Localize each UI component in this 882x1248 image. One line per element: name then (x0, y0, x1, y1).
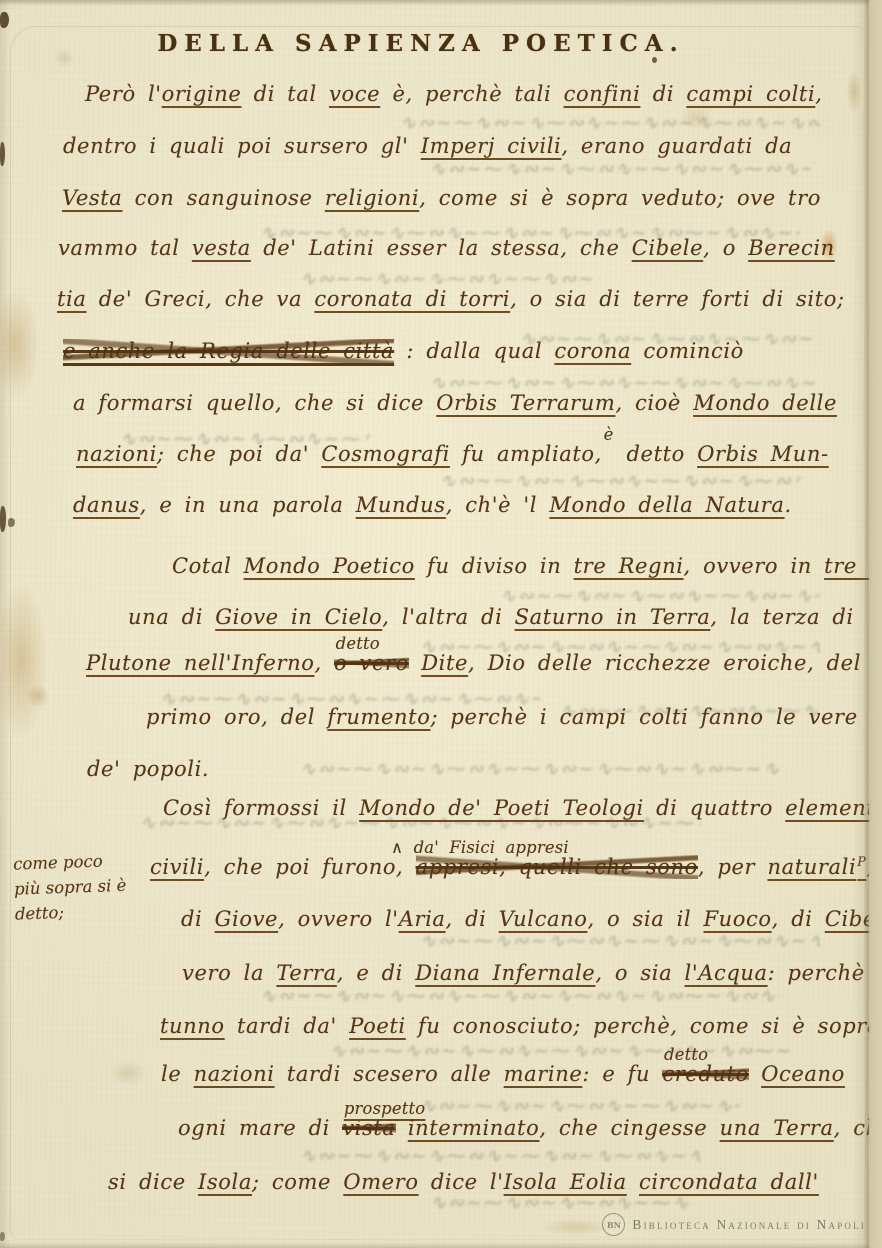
text-segment: , o sia di terre forti di sito; (510, 287, 845, 311)
underlined-text: Isola Eolia (504, 1170, 627, 1194)
manuscript-line: primo oro, del frumento; perchè i campi … (146, 705, 882, 729)
text-segment: di (181, 907, 215, 931)
inserted-word: ∧ da' Fisici appresi (391, 838, 569, 857)
manuscript-line: si dice Isola; come Omero dice l'Isola E… (108, 1170, 819, 1194)
text-segment: , Dio delle ricchezze eroiche, del (468, 651, 861, 675)
underlined-text: Terra (276, 961, 336, 985)
manuscript-text: Però l'origine di tal voce è, perchè tal… (0, 0, 882, 1248)
text-segment: . (785, 493, 792, 517)
underlined-text: Berecin (748, 236, 835, 260)
text-segment: , che cingesse (539, 1116, 719, 1140)
underlined-text: Omero (343, 1170, 418, 1194)
text-segment: , ovvero in (684, 554, 825, 578)
underlined-text: Cibele (632, 236, 703, 260)
underlined-text: Giove in Cielo (215, 605, 382, 629)
underlined-text: Aria (399, 907, 446, 931)
underlined-text: Giove (215, 907, 278, 931)
underlined-text: Vulcano (499, 907, 588, 931)
underlined-text: circondata dall' (639, 1170, 819, 1194)
underlined-text: l'Acqua (685, 961, 768, 985)
manuscript-line: a formarsi quello, che si dice Orbis Ter… (73, 391, 837, 415)
underlined-text: corona (554, 339, 631, 363)
text-segment (396, 1116, 408, 1140)
text-segment: si dice (108, 1170, 198, 1194)
underlined-text: Mundus (356, 493, 446, 517)
manuscript-line: dentro i quali poi sursero gl' Imperj ci… (63, 134, 792, 158)
text-segment: dentro i quali poi sursero gl' (63, 134, 421, 158)
text-segment: fu conosciuto; perchè, come si è soprade… (406, 1014, 882, 1038)
margin-note: come poco più sopra si è detto; (13, 847, 165, 926)
underlined-text: tunno (160, 1014, 225, 1038)
text-segment: , di (446, 907, 499, 931)
manuscript-line: nazioni; che poi da' Cosmografi fu ampli… (76, 442, 829, 466)
text-segment: , l'altra di (382, 605, 514, 629)
underlined-text: Fuoco (704, 907, 772, 931)
text-segment: tardi scesero alle (275, 1062, 504, 1086)
text-segment: , o sia il (587, 907, 703, 931)
manuscript-line: tia de' Greci, che va coronata di torri,… (57, 287, 845, 311)
manuscript-line: vero la Terra, e di Diana Infernale, o s… (182, 961, 882, 985)
manuscript-line: Però l'origine di tal voce è, perchè tal… (85, 82, 823, 106)
underlined-text: Saturno in Terra (515, 605, 711, 629)
underlined-text: Cosmografi (321, 442, 450, 466)
text-segment: , ch'è 'l (446, 493, 550, 517)
text-segment: , di (772, 907, 825, 931)
manuscript-line: civili, che poi furono, appresi, quelli … (150, 854, 882, 879)
manuscript-line: e anche la Regia delle città : dalla qua… (63, 339, 744, 363)
underlined-text: nazioni (194, 1062, 275, 1086)
text-segment: , o (703, 236, 748, 260)
text-segment (749, 1062, 761, 1086)
underlined-text: Vesta (62, 186, 122, 210)
text-segment: Così formossi il (163, 796, 359, 820)
text-segment: Cotal (172, 554, 244, 578)
underlined-text: confini (564, 82, 641, 106)
inserted-word: detto (336, 634, 380, 653)
text-segment: a formarsi quello, che si dice (73, 391, 436, 415)
text-segment: con sanguinose (122, 186, 324, 210)
text-segment: , la terza di (710, 605, 853, 629)
manuscript-line: danus, e in una parola Mundus, ch'è 'l M… (73, 493, 792, 517)
text-segment: dice l' (419, 1170, 504, 1194)
text-segment: , per (698, 855, 768, 879)
inserted-word: detto (664, 1045, 708, 1064)
text-segment (409, 651, 421, 675)
underlined-text: Imperj civili (421, 134, 562, 158)
struck-text: appresi, quelli che sono∧ da' Fisici app… (416, 855, 698, 879)
text-segment: Però l' (85, 82, 162, 106)
underlined-text: Orbis Terrarum (436, 391, 615, 415)
underlined-text: Plutone nell'Inferno (86, 651, 314, 675)
underlined-text: tre regioni (824, 554, 882, 578)
text-segment: tardi da' (225, 1014, 350, 1038)
underlined-text: religioni (325, 186, 419, 210)
text-segment (627, 1170, 639, 1194)
underlined-text: tre Regni (574, 554, 684, 578)
text-segment: ogni mare di (178, 1116, 342, 1140)
underlined-text: nazioni (76, 442, 157, 466)
underlined-text: coronata di torri (314, 287, 510, 311)
underlined-text: frumento (327, 705, 430, 729)
struck-text: vistaprospetto (342, 1116, 395, 1140)
underlined-text: vesta (192, 236, 251, 260)
text-segment: una di (128, 605, 215, 629)
underlined-text: interminato (408, 1116, 540, 1140)
struck-text: credutodetto (662, 1062, 748, 1086)
manuscript-line: Cotal Mondo Poetico fu diviso in tre Reg… (172, 554, 882, 578)
manuscript-line: de' popoli. (87, 757, 209, 781)
text-segment: : dalla qual (394, 339, 554, 363)
underlined-text: Isola (198, 1170, 252, 1194)
underlined-text: marine (504, 1062, 583, 1086)
underlined-text: Oceano (761, 1062, 845, 1086)
text-segment: fu ampliato, (450, 442, 602, 466)
text-segment: di tal (241, 82, 329, 106)
text-segment: , e in una parola (140, 493, 356, 517)
library-watermark: BN Biblioteca Nazionale di Napoli (602, 1213, 866, 1236)
text-segment: , ovvero l' (278, 907, 399, 931)
inserted-word: è (604, 425, 614, 444)
text-segment: ; perchè i campi colti fanno le vere ric… (430, 705, 882, 729)
underlined-text: una Terra (720, 1116, 834, 1140)
text-segment: , cioè (866, 855, 882, 879)
underlined-text: Orbis Mun- (697, 442, 829, 466)
text-segment: detto (627, 442, 698, 466)
manuscript-line: Plutone nell'Inferno, o verodetto Dite, … (86, 651, 861, 675)
underlined-text: naturaliP (767, 855, 866, 879)
text-segment: fu diviso in (415, 554, 574, 578)
manuscript-line: ogni mare di vistaprospetto interminato,… (178, 1116, 882, 1140)
text-segment: : perchè (768, 961, 877, 985)
underlined-text: Dite (421, 651, 468, 675)
library-seal-icon: BN (602, 1213, 625, 1236)
text-segment: vammo tal (58, 236, 192, 260)
manuscript-line: vammo tal vesta de' Latini esser la stes… (58, 236, 835, 260)
manuscript-line: Così formossi il Mondo de' Poeti Teologi… (163, 796, 882, 820)
text-segment: ; come (252, 1170, 343, 1194)
underlined-text: Mondo delle (693, 391, 837, 415)
text-segment: di quattro (644, 796, 785, 820)
text-segment: , che poi furono, (204, 855, 416, 879)
text-segment: , erano guardati da (561, 134, 792, 158)
underlined-text: voce (329, 82, 380, 106)
text-segment: , cioè (615, 391, 693, 415)
underlined-text: tia (57, 287, 86, 311)
text-segment: , e di (337, 961, 416, 985)
underlined-text: Cibele (825, 907, 882, 931)
text-segment: de' Greci, che va (86, 287, 314, 311)
underlined-text: Poeti (349, 1014, 406, 1038)
watermark-label: Biblioteca Nazionale di Napoli (632, 1217, 866, 1233)
underlined-text: Diana Infernale (415, 961, 595, 985)
text-segment: , (815, 82, 822, 106)
text-segment: ; che poi da' (157, 442, 321, 466)
manuscript-line: di Giove, ovvero l'Aria, di Vulcano, o s… (181, 907, 882, 931)
text-segment: è (602, 442, 627, 466)
struck-text: o verodetto (334, 651, 409, 675)
underlined-text: campi colti (686, 82, 815, 106)
manuscript-line: Vesta con sanguinose religioni, come si … (62, 186, 821, 210)
underlined-text: Net- (877, 961, 882, 985)
manuscript-line: tunno tardi da' Poeti fu conosciuto; per… (160, 1014, 882, 1038)
underlined-text: Mondo Poetico (244, 554, 415, 578)
text-segment: , come si è sopra veduto; ove tro (419, 186, 821, 210)
text-segment: de' Latini esser la stessa, che (251, 236, 632, 260)
text-segment: , o sia (595, 961, 684, 985)
text-segment: è, perchè tali (380, 82, 563, 106)
superscript-mark: P (857, 854, 866, 869)
manuscript-line: una di Giove in Cielo, l'altra di Saturn… (128, 605, 854, 629)
underlined-text: elementi (785, 796, 882, 820)
text-segment: cominciò (631, 339, 744, 363)
underlined-text: Mondo de' Poeti Teologi (359, 796, 644, 820)
text-segment: : e fu (582, 1062, 662, 1086)
text-segment: le (161, 1062, 194, 1086)
text-segment: , (314, 651, 334, 675)
text-segment: di (640, 82, 686, 106)
underlined-text: Mondo della Natura (549, 493, 784, 517)
underlined-text: danus (73, 493, 140, 517)
manuscript-page: DELLA SAPIENZA POETICA. Però l'origine d… (0, 0, 882, 1248)
struck-text: e anche la Regia delle città (63, 339, 394, 363)
text-segment: , che (834, 1116, 882, 1140)
underlined-text: origine (162, 82, 242, 106)
manuscript-line: le nazioni tardi scesero alle marine: e … (161, 1062, 845, 1086)
text-segment: vero la (182, 961, 276, 985)
text-segment: primo oro, del (146, 705, 327, 729)
text-segment: de' popoli. (87, 757, 209, 781)
